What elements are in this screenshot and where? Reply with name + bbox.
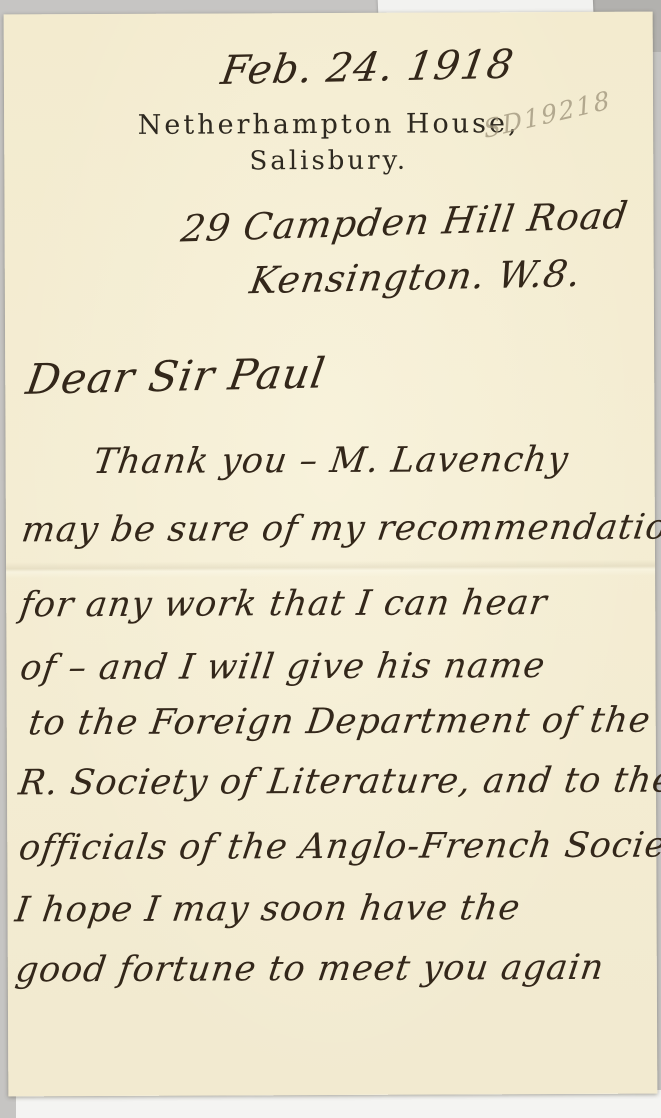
body-line-7: officials of the Anglo-French Society.: [17, 825, 661, 868]
salutation: Dear Sir Paul: [23, 348, 329, 404]
letterhead-city: Salisbury.: [4, 145, 653, 178]
body-line-8: I hope I may soon have the: [13, 888, 523, 930]
body-line-2: may be sure of my recommendation: [19, 507, 661, 550]
body-line-6: R. Society of Literature, and to the: [16, 760, 661, 803]
body-line-5: to the Foreign Department of the: [26, 701, 653, 744]
handwritten-address-line-1: 29 Campden Hill Road: [178, 194, 631, 251]
letter-paper: Feb. 24. 1918 Netherhampton House, Salis…: [4, 12, 658, 1097]
body-line-1: Thank you – M. Lavenchy: [91, 440, 571, 482]
body-line-3: for any work that I can hear: [17, 583, 549, 625]
handwritten-date: Feb. 24. 1918: [218, 42, 517, 94]
handwritten-address-line-2: Kensington. W.8.: [247, 252, 584, 302]
fold-crease: [6, 560, 655, 579]
body-line-9: good fortune to meet you again: [13, 948, 607, 991]
body-line-4: of – and I will give his name: [18, 646, 548, 688]
scan-background: Feb. 24. 1918 Netherhampton House, Salis…: [0, 0, 661, 1118]
